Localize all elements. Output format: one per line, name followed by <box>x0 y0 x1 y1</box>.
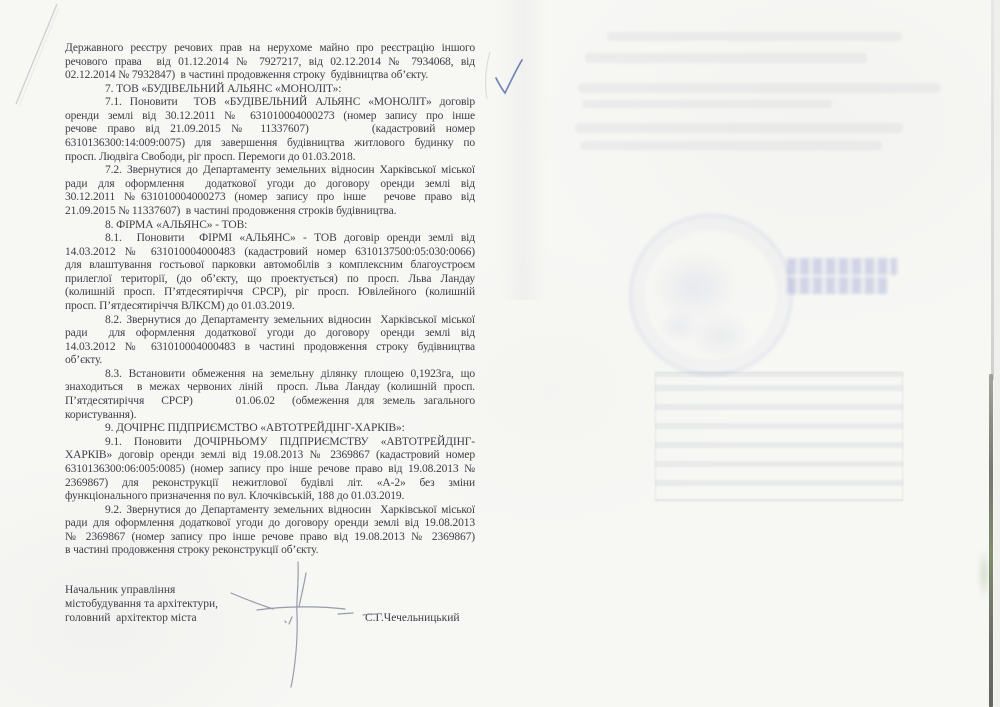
text-line: 9.1. Поновити ДОЧІРНЬОМУ ПІДПРИЄМСТВУ «А… <box>65 436 475 450</box>
text-line: в частині продовження строку реконструкц… <box>65 544 475 558</box>
bleedthrough-text-line <box>578 83 940 93</box>
text-line: оренди землі від 30.12.2011 № 6310100040… <box>65 110 475 124</box>
text-line: 6310136300:06:005:0085) (номер запису пр… <box>65 463 475 477</box>
signatory-title-line: містобудування та архітектури, <box>65 598 475 612</box>
bleedthrough-text-line <box>585 53 867 63</box>
text-line: ради для оформлення додаткової угоди до … <box>65 327 475 341</box>
text-line: 9. ДОЧІРНЄ ПІДПРИЄМСТВО «АВТОТРЕЙДІНГ-ХА… <box>65 422 475 436</box>
text-line: ради для оформлення додаткової угоди до … <box>65 178 475 192</box>
bleedthrough-bold-text <box>787 258 897 275</box>
text-line: об’єкту. <box>65 354 475 368</box>
text-line: речове право від 21.09.2015 № 11337607) … <box>65 123 475 137</box>
text-line: Державного реєстру речових прав на нерух… <box>65 42 475 56</box>
text-line: користування). <box>65 409 475 423</box>
text-line: 7.2. Звернутися до Департаменту земельни… <box>65 164 475 178</box>
text-line: 7.1. Поновити ТОВ «БУДІВЕЛЬНИЙ АЛЬЯНС «М… <box>65 96 475 110</box>
text-line: функціонального призначення по вул. Клоч… <box>65 490 475 504</box>
document-text: Державного реєстру речових прав на нерух… <box>65 42 475 558</box>
page-corner-edge <box>0 0 70 120</box>
text-line: просп. П’ятдесятиріччя ВЛКСМ) до 01.03.2… <box>65 300 475 314</box>
bleedthrough-text-line <box>582 100 832 108</box>
text-line: 8.3. Встановити обмеження на земельну ді… <box>65 368 475 382</box>
signatory-title-line: Начальник управління <box>65 584 475 598</box>
text-line: речового права від 01.12.2014 № 7927217,… <box>65 56 475 70</box>
text-line: 7. ТОВ «БУДІВЕЛЬНИЙ АЛЬЯНС «МОНОЛІТ»: <box>65 83 475 97</box>
text-line: просп. Людвіга Свободи, ріг просп. Перем… <box>65 151 475 165</box>
text-line: 2369867) для реконструкції нежитлової бу… <box>65 477 475 491</box>
text-line: № 2369867 (номер запису про інше речове … <box>65 531 475 545</box>
text-line: П’ятдесятиріччя СРСР) 01.06.02 (обмеженн… <box>65 395 475 409</box>
scanned-document: Державного реєстру речових прав на нерух… <box>0 0 1000 707</box>
text-line: 6310136300:14:009:0075) для завершення б… <box>65 137 475 151</box>
text-line: (колишній просп. П’ятдесятиріччя СРСР), … <box>65 286 475 300</box>
scan-edge-background <box>994 0 1000 707</box>
bleedthrough-text-line <box>575 123 903 133</box>
text-line: прилеглої території, (до об’єкту, що про… <box>65 273 475 287</box>
bleedthrough-stamp-box <box>655 372 903 501</box>
text-line: 14.03.2012 № 631010004000483 (кадастрови… <box>65 246 475 260</box>
text-line: для влаштування гостьової парковки автом… <box>65 259 475 273</box>
signatory-name: С.Г.Чечельницький <box>365 612 460 626</box>
page-edge-green-artifact <box>978 548 990 600</box>
text-line: 02.12.2014 № 7932847) в частині продовже… <box>65 69 475 83</box>
text-line: ХАРКІВ» договір оренди землі від 19.08.2… <box>65 449 475 463</box>
page-edge-line-lower <box>989 374 993 707</box>
text-line: 8.1. Поновити ФІРМІ «АЛЬЯНС» - ТОВ догов… <box>65 232 475 246</box>
text-line: 9.2. Звернутися до Департаменту земельни… <box>65 504 475 518</box>
text-line: знаходиться в межах червоних ліній просп… <box>65 381 475 395</box>
text-line: ради для оформлення додаткової угоди до … <box>65 517 475 531</box>
text-line: 21.09.2015 № 11337607) в частині продовж… <box>65 205 475 219</box>
page-fold-shadow <box>498 0 548 300</box>
bleedthrough-text-line <box>607 32 902 41</box>
bleedthrough-round-stamp <box>629 214 793 376</box>
text-line: 14.03.2012 № 631010004000483 в частині п… <box>65 341 475 355</box>
bleedthrough-text-line <box>580 141 882 150</box>
signature-block: Начальник управліннямістобудування та ар… <box>65 584 475 625</box>
text-line: 8.2. Звернутися до Департаменту земельни… <box>65 314 475 328</box>
text-line: 8. ФІРМА «АЛЬЯНС» - ТОВ: <box>65 219 475 233</box>
text-line: 30.12.2011 №631010004000273 (номер запис… <box>65 191 475 205</box>
bleedthrough-bold-text <box>787 277 887 294</box>
page-edge-line-upper <box>991 0 994 380</box>
